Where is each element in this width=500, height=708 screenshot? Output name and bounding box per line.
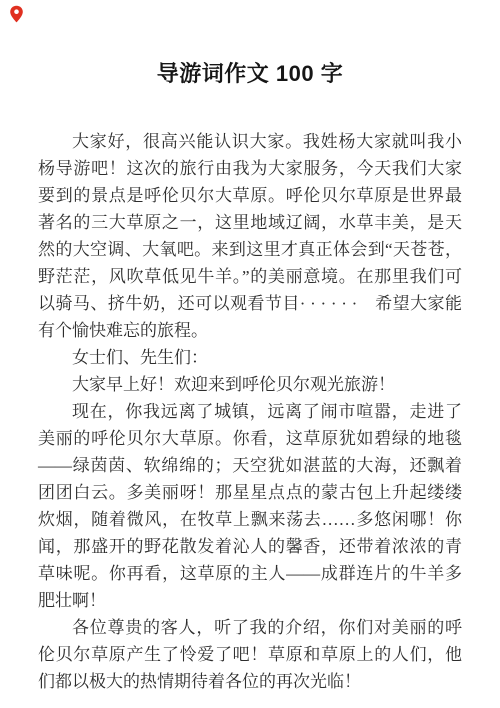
page-title: 导游词作文 100 字 <box>0 0 500 88</box>
essay-paragraph: 大家早上好！欢迎来到呼伦贝尔观光旅游！ <box>38 371 462 398</box>
document-page: 导游词作文 100 字 大家好，很高兴能认识大家。我姓杨大家就叫我小杨导游吧！这… <box>0 0 500 708</box>
essay-paragraph: 现在，你我远离了城镇，远离了闹市喧嚣，走进了美丽的呼伦贝尔大草原。你看，这草原犹… <box>38 398 462 614</box>
essay-paragraph: 各位尊贵的客人，听了我的介绍，你们对美丽的呼伦贝尔草原产生了怜爱了吧！草原和草原… <box>38 614 462 695</box>
essay-paragraph: 女士们、先生们： <box>38 344 462 371</box>
red-pin-icon <box>9 5 24 23</box>
essay-body: 大家好，很高兴能认识大家。我姓杨大家就叫我小杨导游吧！这次的旅行由我为大家服务，… <box>38 128 462 695</box>
essay-paragraph: 大家好，很高兴能认识大家。我姓杨大家就叫我小杨导游吧！这次的旅行由我为大家服务，… <box>38 128 462 344</box>
